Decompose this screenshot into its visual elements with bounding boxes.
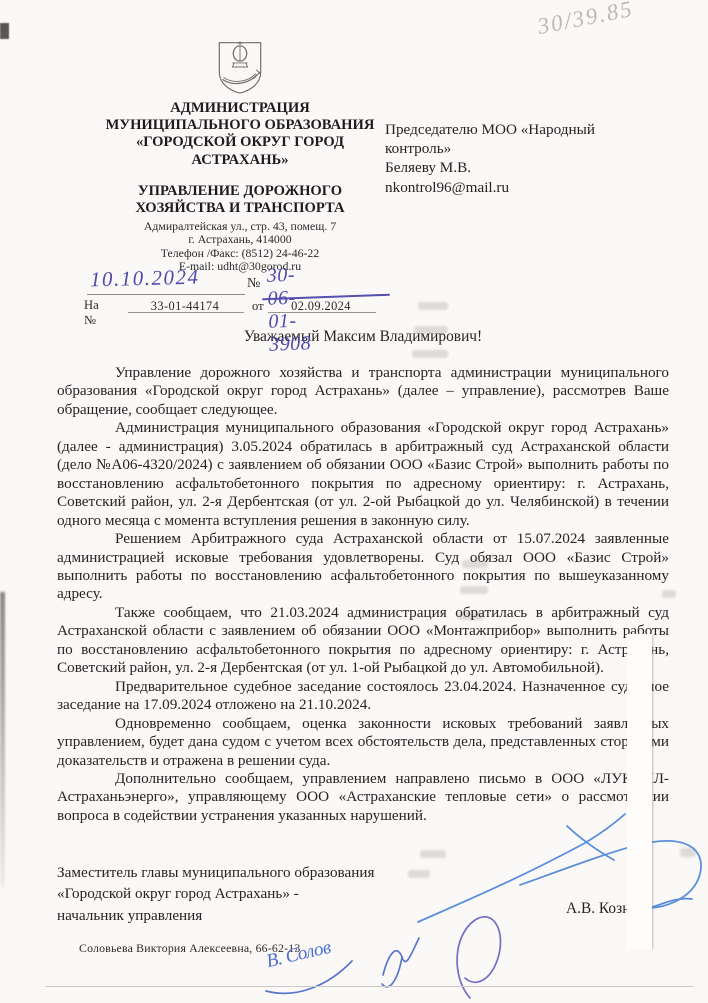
org-address: Адмиралтейская ул., стр. 43, помещ. 7 г.… — [60, 220, 420, 273]
organization-name: АДМИНИСТРАЦИЯ МУНИЦИПАЛЬНОГО ОБРАЗОВАНИЯ… — [60, 100, 420, 169]
pencil-note: 30/39.85 — [535, 0, 635, 40]
body-paragraph: Управление дорожного хозяйства и транспо… — [57, 364, 669, 419]
signature-position-line: Заместитель главы муниципального образов… — [57, 862, 487, 883]
org-name-line: МУНИЦИПАЛЬНОГО ОБРАЗОВАНИЯ — [60, 117, 420, 134]
bleed-through-artifact — [680, 848, 696, 857]
salutation: Уважаемый Максим Владимирович! — [57, 328, 669, 346]
recipient-line: контроль» — [385, 139, 640, 158]
dept-name-line: УПРАВЛЕНИЕ ДОРОЖНОГО — [60, 183, 420, 200]
date-underline — [87, 294, 245, 295]
body-paragraph: Предварительное судебное заседание состо… — [57, 678, 669, 715]
number-sign: № — [247, 276, 260, 292]
org-name-line: АДМИНИСТРАЦИЯ — [60, 100, 420, 117]
org-name-line: «ГОРОДСКОЙ ОКРУГ ГОРОД — [60, 134, 420, 151]
signer-name: А.В. Козн — [566, 900, 630, 918]
recipient-line: Председателю МОО «Народный — [385, 120, 640, 139]
body-paragraph: Администрация муниципального образования… — [57, 419, 669, 530]
scan-edge-streak — [0, 592, 5, 887]
incoming-date-underline — [268, 312, 376, 313]
bleed-through-artifact — [420, 850, 446, 858]
body-paragraph: Одновременно сообщаем, оценка законности… — [57, 715, 669, 770]
bleed-through-artifact — [418, 302, 448, 310]
recipient-line: Беляеву М.В. — [385, 158, 640, 177]
outgoing-date-handwritten: 10.10.2024 — [90, 265, 200, 293]
body-paragraph: Решением Арбитражного суда Астраханской … — [57, 530, 669, 604]
org-name-line: АСТРАХАНЬ» — [60, 152, 420, 169]
from-label: от — [252, 299, 264, 314]
letter-body: Уважаемый Максим Владимирович! Управлени… — [57, 328, 669, 825]
scan-corner-artifact — [0, 23, 9, 39]
address-line: Телефон /Факс: (8512) 24-46-22 — [60, 247, 420, 260]
dept-name-line: ХОЗЯЙСТВА И ТРАНСПОРТА — [60, 200, 420, 217]
incoming-ref-label: На № — [84, 298, 99, 328]
astrakhan-coat-of-arms-icon — [213, 38, 267, 96]
scanned-letter-page: 30/39.85 АДМИНИСТРАЦИЯ МУНИЦИПАЛЬНОГО ОБ… — [0, 0, 708, 1003]
signature-position: Заместитель главы муниципального образов… — [57, 862, 487, 926]
scan-bottom-edge — [45, 986, 693, 987]
recipient-block: Председателю МОО «Народный контроль» Бел… — [385, 120, 640, 197]
signature-position-line: «Городской округ город Астрахань» - — [57, 883, 487, 904]
incoming-number-underline — [128, 312, 244, 313]
scan-fold-artifact — [627, 634, 652, 950]
signature-position-line: начальник управления — [57, 905, 487, 926]
body-paragraph: Дополнительно сообщаем, управлением напр… — [57, 770, 669, 825]
body-paragraph: Также сообщаем, что 21.03.2024 администр… — [57, 604, 669, 678]
recipient-email: nkontrol96@mail.ru — [385, 178, 640, 197]
letterhead: АДМИНИСТРАЦИЯ МУНИЦИПАЛЬНОГО ОБРАЗОВАНИЯ… — [60, 38, 420, 273]
department-name: УПРАВЛЕНИЕ ДОРОЖНОГО ХОЗЯЙСТВА И ТРАНСПО… — [60, 183, 420, 217]
address-line: г. Астрахань, 414000 — [60, 233, 420, 246]
